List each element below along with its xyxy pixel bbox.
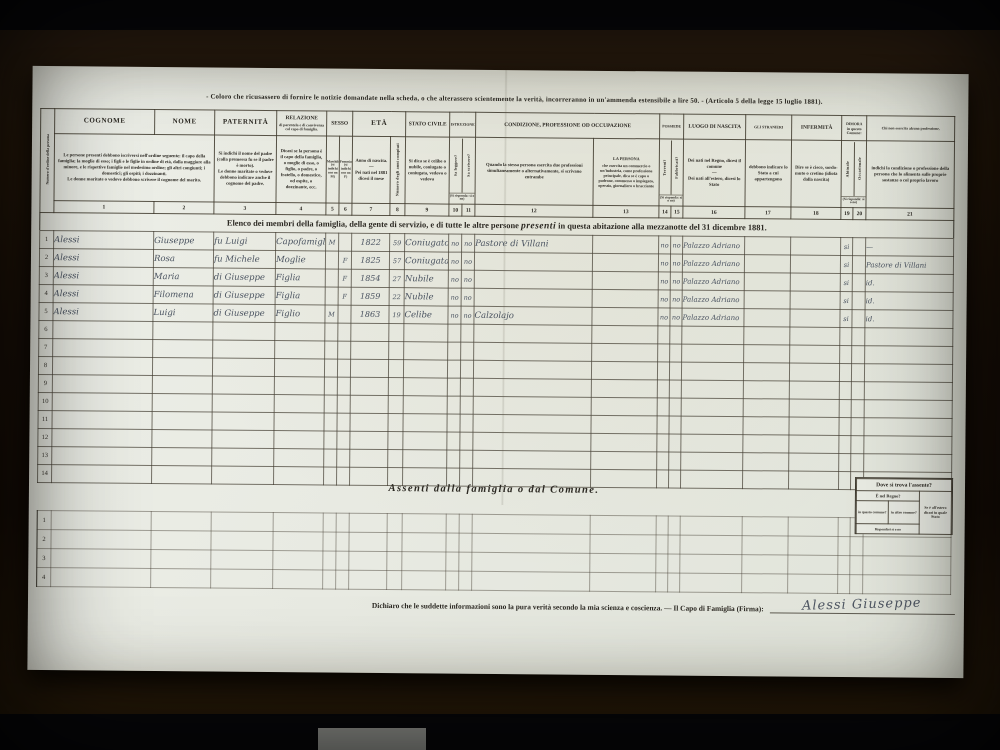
- cell: [389, 342, 404, 360]
- cell: Rosa: [153, 249, 213, 268]
- cell: [852, 292, 865, 310]
- cell: 19: [389, 306, 404, 324]
- cell: [51, 530, 151, 550]
- cell: [153, 339, 213, 358]
- cell: [337, 359, 350, 377]
- cell: [742, 574, 788, 593]
- cell: [788, 517, 838, 536]
- cell: Nubile: [404, 288, 448, 306]
- cell: [591, 451, 657, 470]
- cell: [338, 341, 351, 359]
- cell: [152, 357, 212, 376]
- cell: [864, 382, 952, 401]
- column-paternita: PATERNITÀ: [215, 110, 277, 136]
- note-chi-non-esercita: indichi la condizione o professione dell…: [866, 141, 955, 209]
- cell: [52, 393, 152, 412]
- column-number: 6: [339, 203, 352, 215]
- cell: id.: [865, 274, 953, 293]
- cell: [840, 327, 852, 345]
- cell: [669, 452, 681, 470]
- cell: [681, 434, 743, 453]
- cell: [657, 398, 669, 416]
- cell: [838, 555, 850, 574]
- cell: [590, 534, 656, 554]
- cell: fu Luigi: [214, 232, 276, 251]
- cell: [670, 326, 682, 344]
- cell: no: [658, 290, 670, 308]
- cell: [404, 342, 448, 360]
- cell: [387, 533, 402, 552]
- cell: [336, 551, 349, 570]
- cell: [863, 556, 951, 576]
- note-luogo-nascita: Dei nati nel Regno, dicesi il comune — D…: [683, 139, 746, 207]
- absent-location-box: Dove si trova l'assente? È nel Regno? Se…: [855, 477, 953, 535]
- cell: [656, 535, 668, 554]
- cell: si: [840, 255, 852, 273]
- subcol-sa-leggere: Sa leggere?: [450, 139, 462, 193]
- row-number: 11: [38, 410, 52, 428]
- cell: [51, 511, 151, 531]
- cell: [744, 345, 790, 363]
- column-nome: NOME: [155, 109, 215, 135]
- cell: [788, 555, 838, 574]
- column-number: 5: [326, 203, 339, 215]
- subcol-maschile: Maschile(si indichi con un M): [326, 136, 340, 203]
- cell: Palazzo Adriano: [682, 254, 744, 273]
- column-sesso: SESSO: [327, 111, 353, 136]
- top-border-strip: [0, 0, 1000, 30]
- subcols-dimora: Abituale Occasionale (Si risponda: sì o …: [841, 140, 867, 207]
- cell: [865, 328, 953, 347]
- cell: Calzolajo: [474, 306, 592, 325]
- column-number: 10: [449, 204, 462, 216]
- bottom-border-strip: [0, 714, 1000, 750]
- subcols-possiede: Terreni? Fabbricati? (Si risponda: sì o …: [659, 139, 684, 206]
- cell: [850, 575, 863, 594]
- row-number: 1: [40, 230, 54, 248]
- cell: [473, 378, 591, 397]
- cell: [863, 575, 951, 595]
- row-number: 7: [39, 338, 53, 356]
- cell: Pastore di Villani: [475, 234, 593, 253]
- cell: [472, 533, 590, 553]
- cell: id.: [865, 310, 953, 329]
- cell: [324, 449, 337, 467]
- cell: [459, 552, 472, 571]
- cell: di Giuseppe: [213, 268, 275, 287]
- cell: [839, 399, 851, 417]
- cell: [459, 514, 472, 533]
- cell: [681, 380, 743, 399]
- cell: [744, 255, 790, 273]
- cell: [668, 573, 680, 592]
- column-chi-non-esercita: Chi non esercita alcuna professione,: [867, 116, 955, 142]
- cell: Alessi: [54, 231, 154, 250]
- cell: [592, 325, 658, 344]
- cell: [790, 291, 840, 309]
- cell: [349, 532, 387, 551]
- fine-print-warning: - Coloro che ricusassero di fornire le n…: [78, 92, 950, 107]
- cell: [460, 414, 473, 432]
- cell: [852, 310, 865, 328]
- cell: [680, 573, 742, 593]
- cell: [153, 321, 213, 340]
- cell: [789, 453, 839, 471]
- cell: 27: [389, 270, 404, 288]
- cell: [592, 271, 658, 290]
- cell: [275, 341, 325, 359]
- cell: no: [449, 234, 462, 252]
- cell: [349, 570, 387, 589]
- cell: [388, 378, 403, 396]
- subcol-anno-nascita: Anno di nascita. — Pei nati nel 1881 dic…: [352, 136, 391, 203]
- cell: [325, 251, 338, 269]
- cell: [350, 431, 388, 449]
- cell: [473, 360, 591, 379]
- cell: [790, 309, 840, 327]
- cell: [404, 324, 448, 342]
- cell: [590, 572, 656, 592]
- cell: [403, 414, 447, 432]
- subcol-occasionale: Occasionale: [853, 142, 866, 196]
- cell: [447, 450, 460, 468]
- subcol-sa-scrivere: Sa scrivere?: [462, 139, 475, 193]
- cell: [323, 532, 336, 551]
- cell: Palazzo Adriano: [682, 290, 744, 309]
- cell: [212, 376, 274, 395]
- cell: [350, 395, 388, 413]
- cell: [681, 452, 743, 471]
- column-number: 20: [853, 208, 866, 220]
- cell: [839, 435, 851, 453]
- cell: [591, 397, 657, 416]
- cell: [274, 395, 324, 413]
- cell: [657, 416, 669, 434]
- cell: [337, 413, 350, 431]
- cell: [273, 513, 323, 532]
- cell: no: [461, 288, 474, 306]
- cell: 57: [389, 252, 404, 270]
- column-eta: ETÀ: [353, 111, 406, 136]
- cell: [656, 554, 668, 573]
- cell: [403, 432, 447, 450]
- cell: F: [338, 251, 351, 269]
- cell: [52, 447, 152, 466]
- cell: [742, 536, 788, 555]
- cell: [474, 270, 592, 289]
- cell: [743, 381, 789, 399]
- cell: [273, 551, 323, 570]
- cell: [350, 359, 388, 377]
- cell: [402, 514, 446, 533]
- cell: F: [338, 269, 351, 287]
- row-number: 1: [37, 510, 51, 529]
- cell: Maria: [153, 267, 213, 286]
- cell: [682, 344, 744, 363]
- column-number: 18: [791, 207, 841, 219]
- column-relazione: RELAZIONEdi parentela e di convivenza co…: [277, 111, 327, 136]
- cell: 1822: [352, 233, 390, 251]
- cell: di Giuseppe: [213, 286, 275, 305]
- cell: [403, 378, 447, 396]
- photograph-of-census-form: - Coloro che ricusassero di fornire le n…: [0, 0, 1000, 750]
- cell: Alessi: [53, 285, 153, 304]
- absent-box-estero: Se è all'estero dicasi in quale Stato: [919, 491, 951, 534]
- row-number: 3: [39, 266, 53, 284]
- column-infermita: INFERMITÀ: [792, 115, 842, 140]
- cell: [274, 431, 324, 449]
- cell: [387, 552, 402, 571]
- cell: [461, 342, 474, 360]
- cell: [152, 393, 212, 412]
- cell: no: [671, 236, 683, 254]
- cell: si: [841, 237, 853, 255]
- column-number: 4: [276, 203, 326, 215]
- cell: [670, 344, 682, 362]
- cell: [151, 549, 211, 569]
- column-number: 9: [405, 204, 449, 216]
- bottom-center-patch: [318, 728, 426, 750]
- cell: [447, 432, 460, 450]
- cell: [473, 414, 591, 433]
- cell: [851, 400, 864, 418]
- cell: [446, 571, 459, 590]
- cell: [657, 380, 669, 398]
- cell: [681, 362, 743, 381]
- cell: [472, 514, 590, 534]
- cell: [388, 414, 403, 432]
- cell: id.: [865, 292, 953, 311]
- cell: [591, 415, 657, 434]
- row-number: 6: [39, 320, 53, 338]
- cell: F: [338, 287, 351, 305]
- cell: [338, 323, 351, 341]
- cell: Giuseppe: [154, 231, 214, 250]
- cell: [593, 235, 659, 254]
- cell: no: [448, 252, 461, 270]
- cell: —: [866, 238, 954, 257]
- note-stato-civile: Si dica se è celibe o nubile, coniugato …: [405, 137, 450, 204]
- cell: [446, 552, 459, 571]
- column-istruzione: ISTRUZIONE: [450, 112, 476, 137]
- cell: [839, 417, 851, 435]
- cell: [336, 570, 349, 589]
- cell: Nubile: [404, 270, 448, 288]
- cell: [592, 307, 658, 326]
- cell: [668, 516, 680, 535]
- row-number: 12: [38, 428, 52, 446]
- cell: [852, 256, 865, 274]
- cell: [388, 450, 403, 468]
- cell: 1859: [351, 287, 389, 305]
- cell: [790, 273, 840, 291]
- cell: [864, 436, 952, 455]
- cell: [744, 291, 790, 309]
- cell: [851, 364, 864, 382]
- subcol-femmine: Femmine(si indichi con un F): [339, 136, 353, 203]
- cell: Alessi: [53, 267, 153, 286]
- cell: [403, 396, 447, 414]
- cell: [657, 362, 669, 380]
- row-number: 10: [38, 392, 52, 410]
- cell: [152, 411, 212, 430]
- census-table-header: Numero d'ordine della persona COGNOME NO…: [40, 109, 955, 221]
- cell: [669, 398, 681, 416]
- cell: [213, 322, 275, 341]
- cell: fu Michele: [213, 250, 275, 269]
- cell: [474, 342, 592, 361]
- cell: [351, 323, 389, 341]
- cell: [838, 574, 850, 593]
- cell: Alessi: [53, 249, 153, 268]
- cell: no: [670, 308, 682, 326]
- cell: si: [840, 309, 852, 327]
- cell: [461, 324, 474, 342]
- cell: [459, 533, 472, 552]
- census-table: Numero d'ordine della persona COGNOME NO…: [37, 108, 955, 491]
- cell: [323, 551, 336, 570]
- cell: [790, 255, 840, 273]
- cell: [403, 450, 447, 468]
- cell: [350, 449, 388, 467]
- cell: [669, 380, 681, 398]
- cell: [212, 358, 274, 377]
- column-order-number: Numero d'ordine della persona: [40, 109, 55, 213]
- cell: [325, 341, 338, 359]
- row-number: 8: [38, 356, 52, 374]
- cell: [448, 342, 461, 360]
- cell: [473, 396, 591, 415]
- cell: [53, 339, 153, 358]
- cell: [338, 305, 351, 323]
- cell: [152, 429, 212, 448]
- cell: [680, 516, 742, 536]
- subcols-istruzione: Sa leggere? Sa scrivere? (Si risponda: s…: [449, 137, 476, 204]
- cell: [460, 450, 473, 468]
- cell: [853, 238, 866, 256]
- column-number: 17: [745, 207, 791, 219]
- cell: [669, 434, 681, 452]
- cell: [460, 360, 473, 378]
- cell: [388, 360, 403, 378]
- cell: [460, 378, 473, 396]
- cell: [681, 416, 743, 435]
- cell: [212, 430, 274, 449]
- cell: [657, 434, 669, 452]
- cell: no: [448, 270, 461, 288]
- signature-line: Alessi Giuseppe: [770, 594, 955, 615]
- column-number: 2: [154, 201, 214, 214]
- cell: [656, 516, 668, 535]
- cell: si: [840, 273, 852, 291]
- row-number: 2: [39, 248, 53, 266]
- cell: [212, 412, 274, 431]
- cell: [460, 432, 473, 450]
- cell: [789, 399, 839, 417]
- row-number: 9: [38, 374, 52, 392]
- cell: [681, 398, 743, 417]
- cell: [864, 364, 952, 383]
- cell: Celibe: [404, 306, 448, 324]
- cell: [851, 436, 864, 454]
- cell: no: [448, 288, 461, 306]
- cell: [448, 324, 461, 342]
- cell: [273, 532, 323, 551]
- column-luogo-nascita: LUOGO DI NASCITA: [684, 114, 746, 140]
- note-stranieri: debbono indicare lo Stato a cui apparten…: [745, 140, 792, 207]
- cell: [743, 453, 789, 471]
- cell: [151, 568, 211, 588]
- cell: [274, 449, 324, 467]
- cell: [337, 449, 350, 467]
- cell: [790, 345, 840, 363]
- subcol-terreni: Terreni?: [660, 140, 671, 194]
- cell: [840, 345, 852, 363]
- cell: [742, 555, 788, 574]
- cell: [459, 571, 472, 590]
- cell: [152, 375, 212, 394]
- cell: [744, 309, 790, 327]
- cell: M: [325, 305, 338, 323]
- cell: [350, 413, 388, 431]
- cell: [447, 414, 460, 432]
- cell: [658, 326, 670, 344]
- cell: [337, 395, 350, 413]
- cell: [336, 513, 349, 532]
- subcol-abituale: Abituale: [842, 142, 854, 196]
- cell: [339, 233, 352, 251]
- subcol-fabbricati: Fabbricati?: [671, 141, 683, 195]
- cell: [838, 517, 850, 536]
- cell: [789, 435, 839, 453]
- column-number: 1: [54, 201, 154, 214]
- cell: [349, 551, 387, 570]
- cell: [864, 400, 952, 419]
- cell: [274, 377, 324, 395]
- column-number: 7: [352, 203, 390, 215]
- cell: [591, 379, 657, 398]
- census-sheet: - Coloro che ricusassero di fornire le n…: [27, 66, 968, 678]
- cell: [864, 418, 952, 437]
- row-number: 4: [39, 284, 53, 302]
- note-paternita: Si indichi il nome del padre (colla prem…: [214, 135, 277, 203]
- note-condizione-13: LA PERSONAche esercita un commercio o un…: [593, 138, 660, 206]
- note-relazione: Dicasi se la persona è il capo della fam…: [276, 136, 327, 203]
- cell: [152, 447, 212, 466]
- cell: no: [461, 252, 474, 270]
- cell: [51, 549, 151, 569]
- row-number: 3: [37, 548, 51, 567]
- cell: [51, 568, 151, 588]
- cell: [324, 395, 337, 413]
- row-number: 4: [37, 567, 51, 586]
- cell: [336, 532, 349, 551]
- cell: [851, 418, 864, 436]
- cell: [591, 433, 657, 452]
- cell: [474, 288, 592, 307]
- cell: [852, 274, 865, 292]
- cell: Pastore di Villani: [865, 256, 953, 275]
- cell: [324, 377, 337, 395]
- cell: [388, 432, 403, 450]
- cell: Palazzo Adriano: [682, 272, 744, 291]
- cell: Figlia: [275, 287, 325, 305]
- cell: no: [659, 236, 671, 254]
- cell: [323, 513, 336, 532]
- column-number: 15: [671, 206, 683, 218]
- cell: [742, 517, 788, 536]
- cell: Palazzo Adriano: [683, 236, 745, 255]
